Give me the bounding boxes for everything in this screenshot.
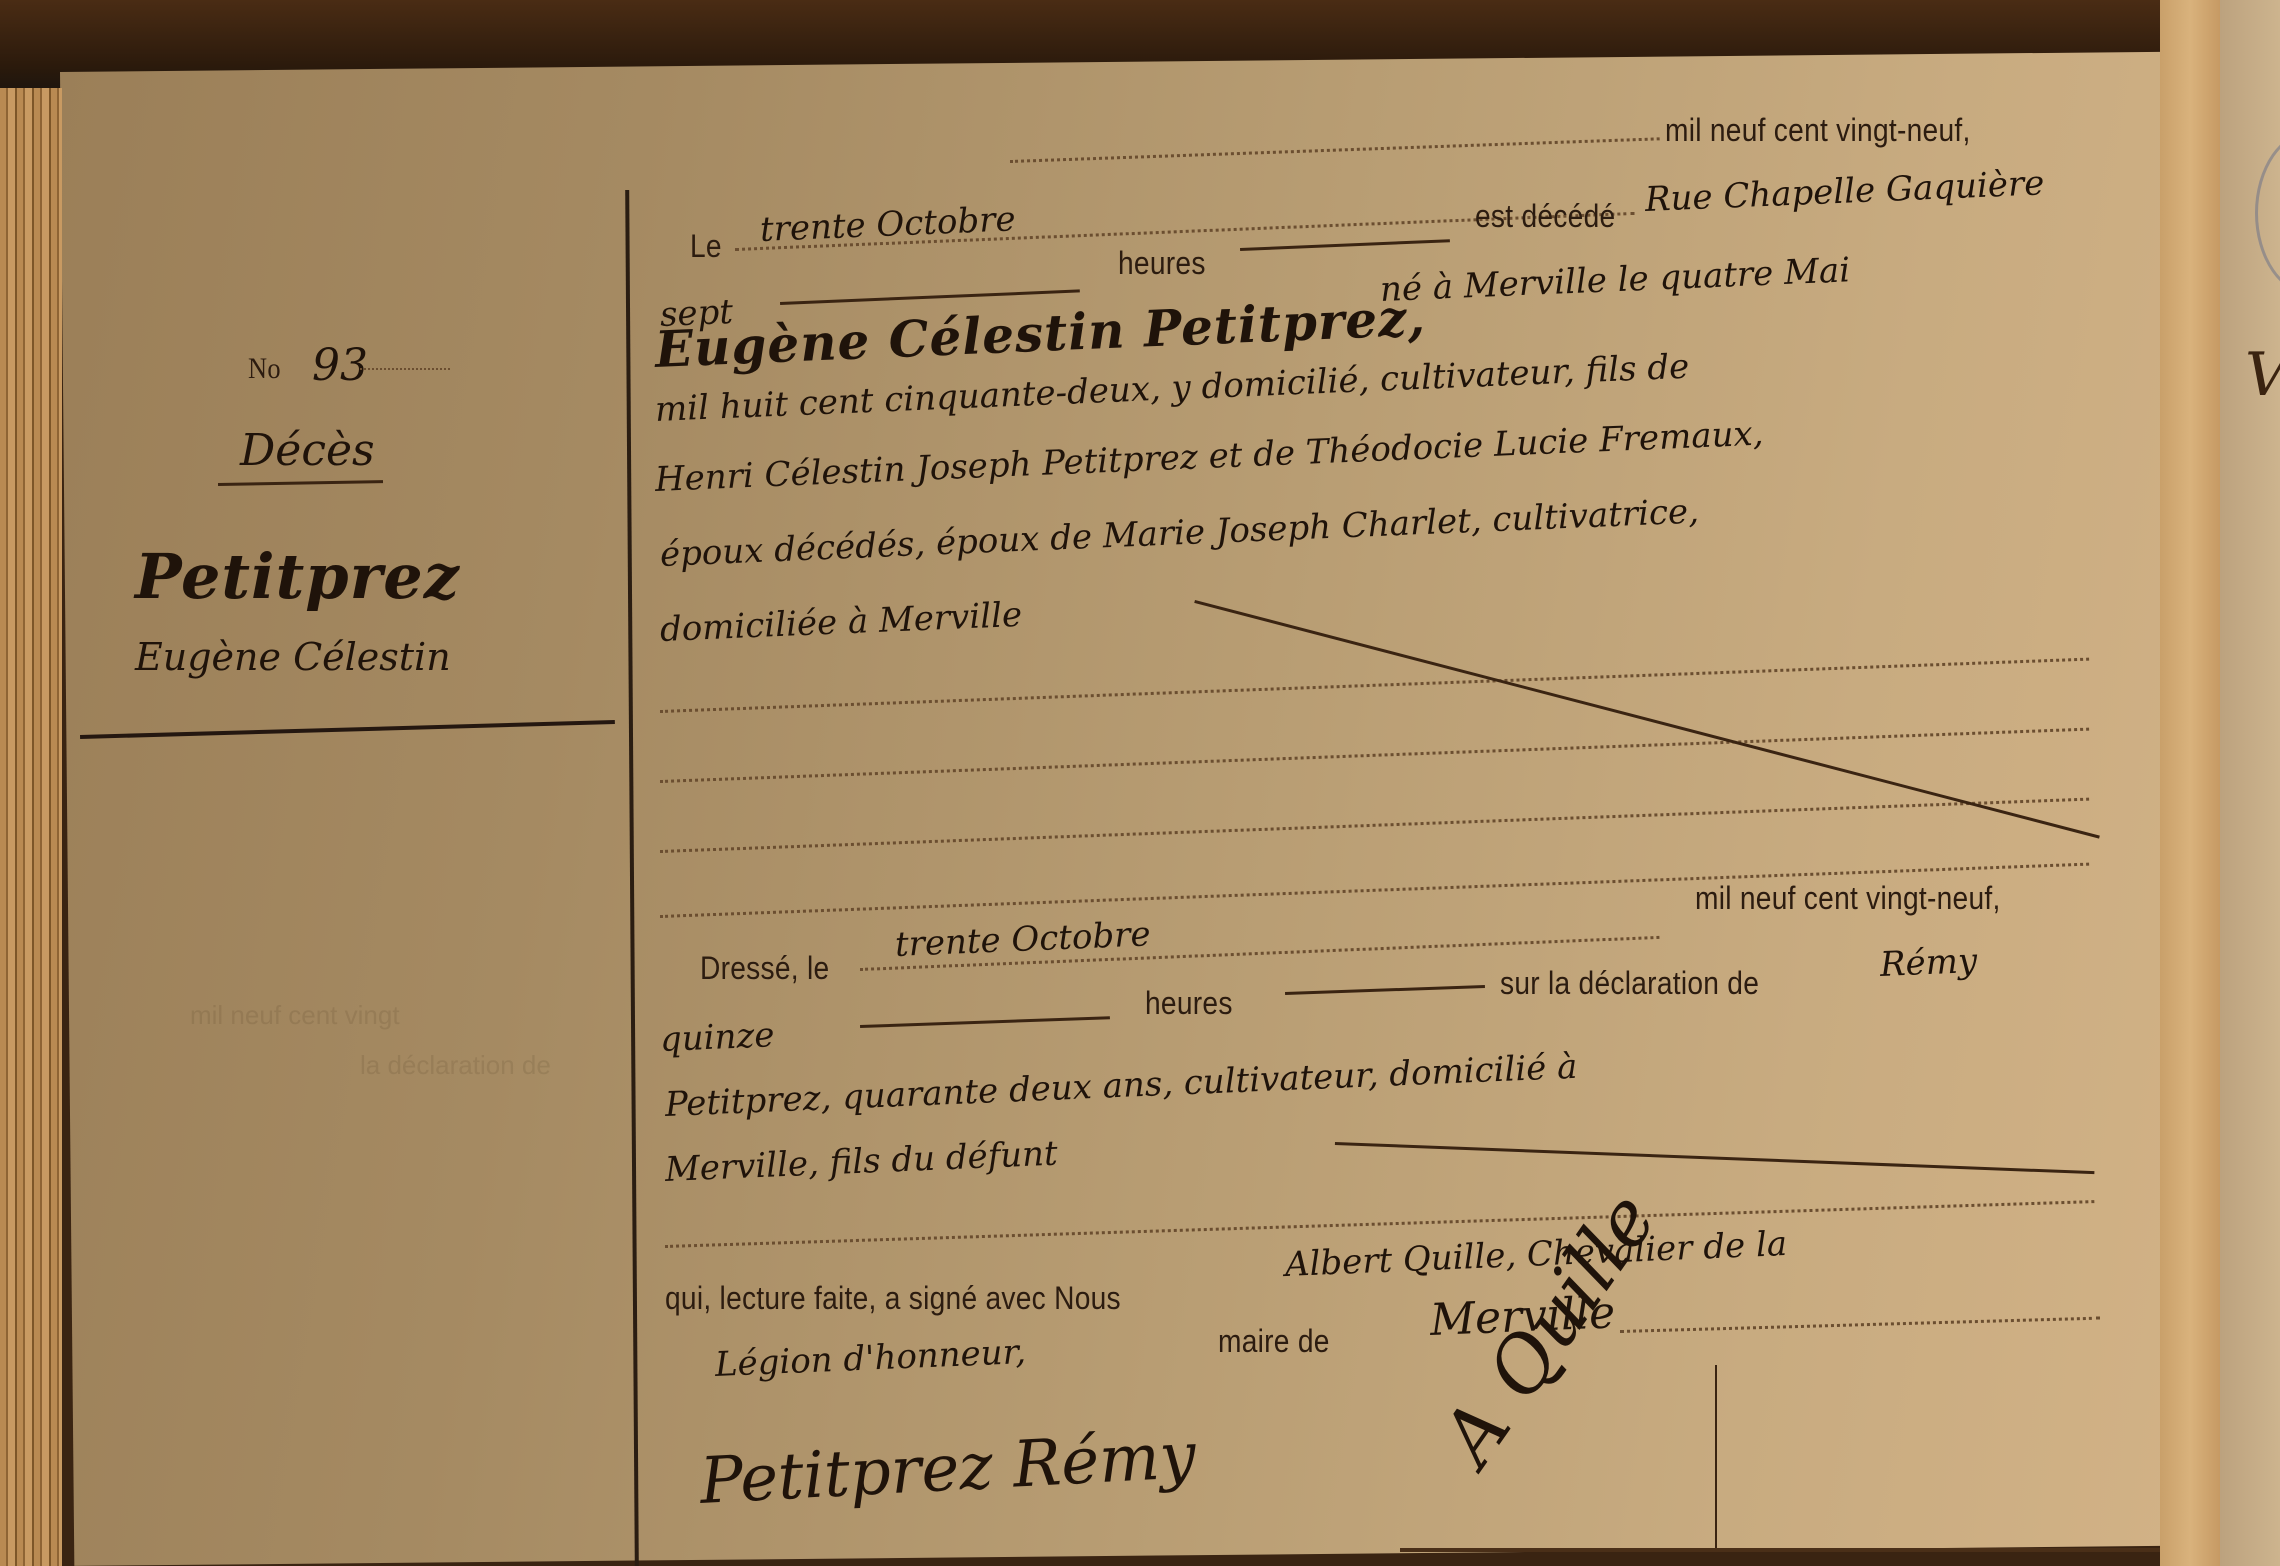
le-label: Le xyxy=(690,228,722,265)
declaration-label: sur la déclaration de xyxy=(1500,965,1759,1002)
show-through-text: la déclaration de xyxy=(360,1050,551,1081)
show-through-text: mil neuf cent vingt xyxy=(190,1000,400,1031)
heures-label: heures xyxy=(1145,985,1233,1022)
record-category: Décès xyxy=(240,425,375,476)
maire-label: maire de xyxy=(1218,1323,1330,1360)
printed-year: mil neuf cent vingt-neuf, xyxy=(1665,112,1971,149)
est-decede-label: est décédé xyxy=(1475,198,1615,235)
declarant-first-name: Rémy xyxy=(1879,941,1978,985)
dotted-line xyxy=(360,368,450,370)
record-number: 93 xyxy=(312,340,368,391)
next-page-mark: V xyxy=(2245,340,2280,410)
page-edge-right xyxy=(2160,0,2223,1566)
dresse-label: Dressé, le xyxy=(700,950,829,987)
margin-surname: Petitprez xyxy=(135,540,460,613)
margin-given-names: Eugène Célestin xyxy=(135,635,451,679)
number-label: No xyxy=(248,352,281,386)
bottom-rule xyxy=(1400,1548,2160,1552)
drafting-hour: quinze xyxy=(659,1015,775,1060)
signed-label: qui, lecture faite, a signé avec Nous xyxy=(665,1280,1121,1317)
heures-label: heures xyxy=(1118,245,1206,282)
printed-year: mil neuf cent vingt-neuf, xyxy=(1695,880,2001,917)
page-edges-left xyxy=(0,88,62,1566)
signature-divider xyxy=(1715,1365,1717,1566)
